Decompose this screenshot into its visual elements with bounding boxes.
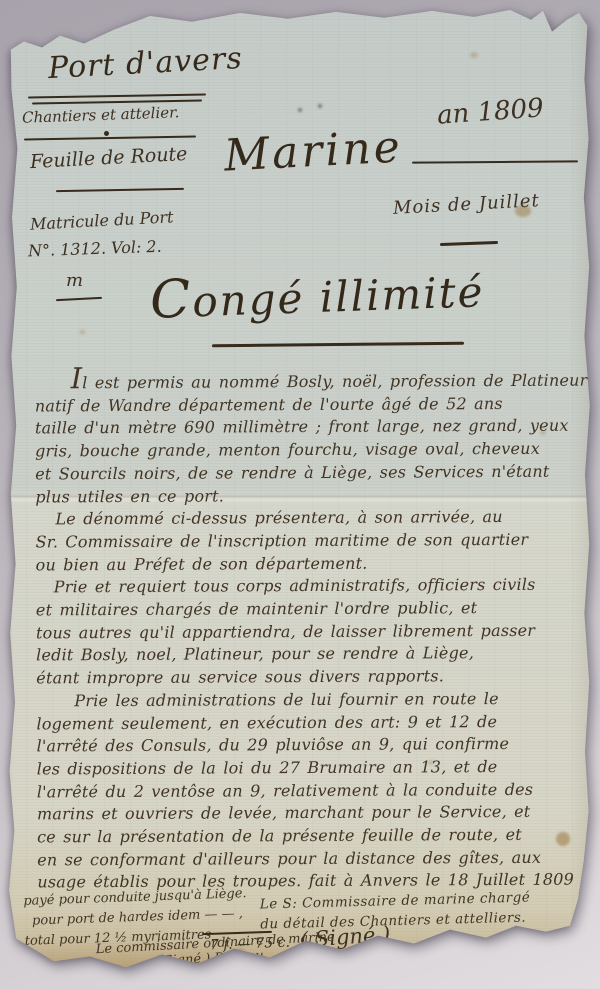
foxing-spot (470, 52, 478, 58)
handwritten-line: plus utiles en ce port. (35, 483, 583, 509)
handwritten-line: Prie les administrations de lui fournir … (36, 687, 584, 713)
handwritten-line: Prie et requiert tous corps administrati… (36, 574, 584, 600)
handwritten-line: Sr. Commissaire de l'inscription maritim… (35, 528, 583, 554)
month-underline (440, 241, 498, 246)
handwritten-line: étant impropre au service sous divers ra… (36, 665, 584, 691)
foxing-spot (80, 330, 85, 334)
feuille-underline (56, 188, 184, 192)
service-name: Chantiers et attelier. (22, 103, 180, 126)
handwritten-line: natif de Wandre département de l'ourte â… (35, 392, 583, 418)
matricule-label: Matricule du Port (30, 207, 174, 233)
document-paper: Port d'avers Chantiers et attelier. Feui… (0, 0, 600, 989)
service-underline-dot (104, 131, 109, 136)
document-body: Il est permis au nommé Bosly, noël, prof… (35, 365, 586, 895)
handwritten-line: l'arrêté des Consuls, du 29 pluviôse an … (37, 733, 585, 759)
document-title: Congé illimité (149, 258, 485, 331)
handwritten-line: ledit Bosly, noel, Platineur, pour se re… (36, 642, 584, 668)
paper-shadow: Port d'avers Chantiers et attelier. Feui… (0, 0, 600, 989)
paragraph-presentation: Le dénommé ci-dessus présentera, à son a… (35, 506, 583, 577)
ink-speck (318, 104, 322, 108)
margin-mark: m (66, 270, 83, 291)
port-underline-1 (28, 93, 206, 98)
title-underline (212, 342, 464, 347)
handwritten-line: ce sur la présentation de la présente fe… (37, 824, 585, 850)
handwritten-line: tous autres qu'il appartiendra, de laiss… (36, 619, 584, 645)
document-type: Feuille de Route (30, 143, 188, 173)
handwritten-line: en se conformant d'ailleurs pour la dist… (37, 846, 585, 872)
handwritten-line: Le dénommé ci-dessus présentera, à son a… (35, 506, 583, 532)
handwritten-line: ou bien au Préfet de son département. (36, 551, 584, 577)
handwritten-line: et militaires chargés de maintenir l'ord… (36, 597, 584, 623)
paragraph-lodging: Prie les administrations de lui fournir … (36, 687, 585, 894)
handwritten-line: marins et ouvriers de levée, marchant po… (37, 801, 585, 827)
marine-dash-line (412, 160, 578, 163)
paragraph-requisition: Prie et requiert tous corps administrati… (36, 574, 585, 690)
paragraph-permission: Il est permis au nommé Bosly, noël, prof… (35, 365, 584, 509)
handwritten-line: taille d'un mètre 690 millimètre ; front… (35, 415, 583, 441)
service-underline (24, 135, 196, 140)
handwritten-line: l'arrêté du 2 ventôse an 9, relativement… (37, 778, 585, 804)
matricule-number: N°. 1312. Vol: 2. (28, 237, 162, 261)
document-year: an 1809 (436, 93, 545, 130)
handwritten-line: gris, bouche grande, menton fourchu, vis… (35, 438, 583, 464)
handwritten-line: Il est permis au nommé Bosly, noël, prof… (35, 365, 583, 396)
photo-of-document: Port d'avers Chantiers et attelier. Feui… (0, 0, 600, 989)
handwritten-line: et Sourcils noirs, de se rendre à Liège,… (35, 460, 583, 486)
ink-speck (298, 108, 302, 112)
marine-heading: Marine (223, 121, 404, 181)
port-name: Port d'avers (47, 41, 243, 86)
commissaire-signature-block: Le S: Commissaire de marine chargédu dét… (260, 887, 532, 934)
handwritten-line: les dispositions de la loi du 27 Brumair… (37, 756, 585, 782)
margin-mark-underline (56, 297, 102, 301)
handwritten-line: logement seulement, en exécution des art… (36, 710, 584, 736)
